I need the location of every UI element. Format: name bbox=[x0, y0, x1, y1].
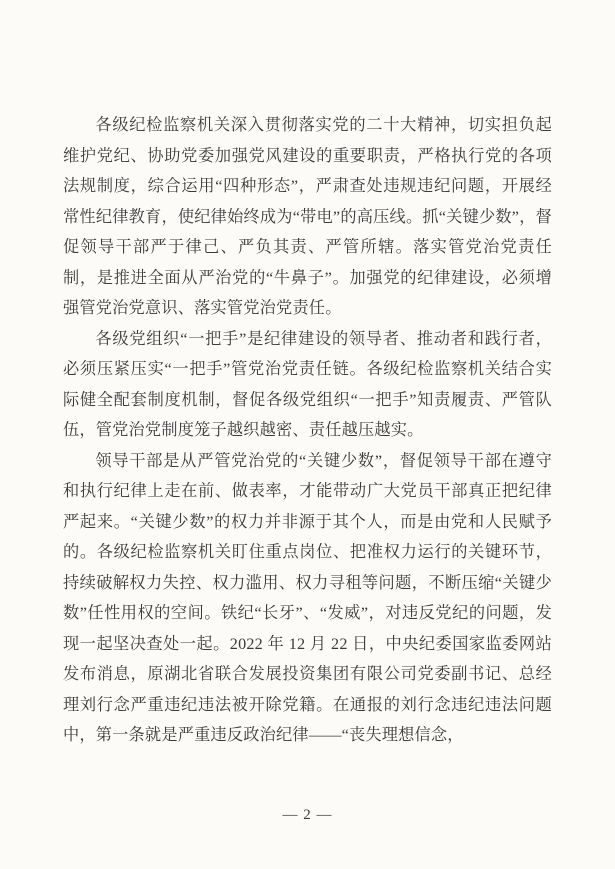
body-paragraph-3: 领导干部是从严管党治党的“关键少数”，督促领导干部在遵守和执行纪律上走在前、做表… bbox=[63, 446, 552, 751]
document-body: 各级纪检监察机关深入贯彻落实党的二十大精神，切实担负起维护党纪、协助党委加强党风… bbox=[63, 0, 552, 751]
body-paragraph-2: 各级党组织“一把手”是纪律建设的领导者、推动者和践行者，必须压紧压实“一把手”管… bbox=[63, 324, 552, 446]
document-page: 各级纪检监察机关深入贯彻落实党的二十大精神，切实担负起维护党纪、协助党委加强党风… bbox=[0, 0, 615, 869]
body-paragraph-1: 各级纪检监察机关深入贯彻落实党的二十大精神，切实担负起维护党纪、协助党委加强党风… bbox=[63, 110, 552, 324]
page-number: — 2 — bbox=[0, 805, 615, 825]
